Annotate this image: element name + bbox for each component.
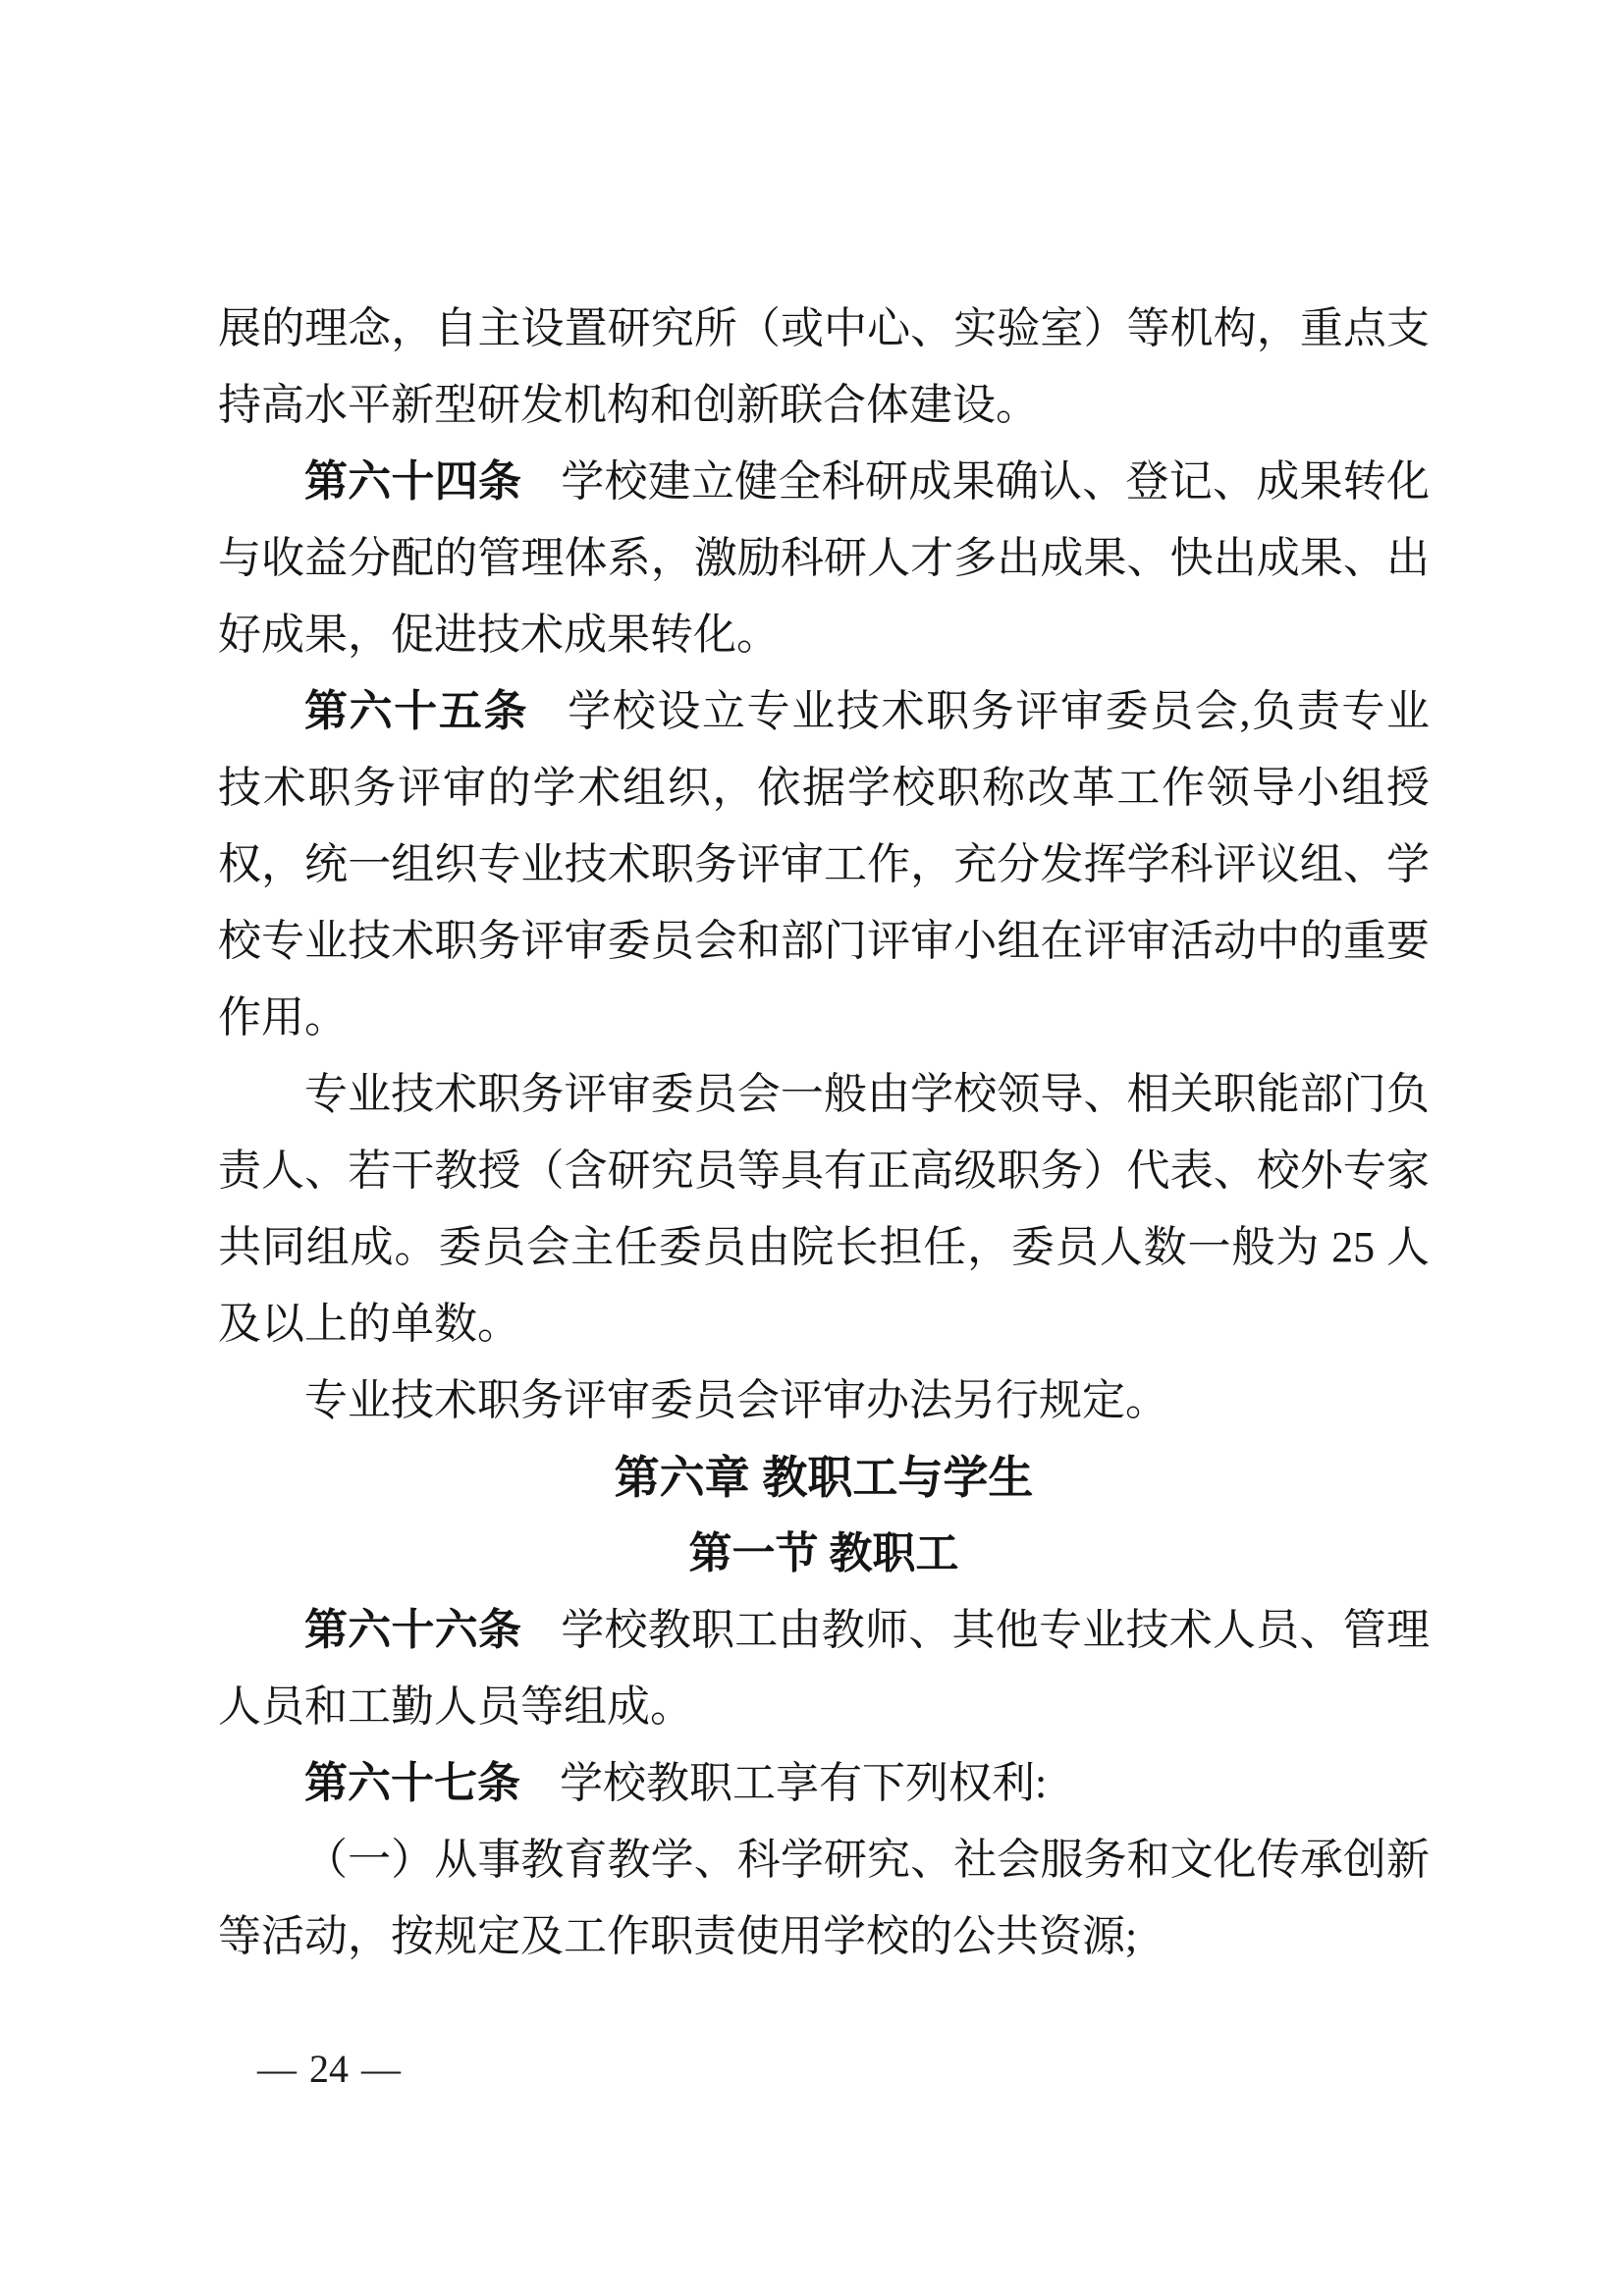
article-number-label: 第六十七条: [304, 1759, 520, 1807]
paragraph-article-67: 第六十七条学校教职工享有下列权利:: [218, 1745, 1430, 1822]
paragraph-article-64: 第六十四条学校建立健全科研成果确认、登记、成果转化与收益分配的管理体系，激励科研…: [218, 444, 1430, 673]
page-content: 展的理念，自主设置研究所（或中心、实验室）等机构，重点支持高水平新型研发机构和创…: [218, 291, 1430, 1975]
paragraph-committee-composition: 专业技术职务评审委员会一般由学校领导、相关职能部门负责人、若干教授（含研究员等具…: [218, 1056, 1430, 1362]
chapter-heading: 第六章 教职工与学生: [218, 1439, 1430, 1516]
article-number-label: 第六十六条: [304, 1606, 521, 1654]
paragraph-item-one: （一）从事教育教学、科学研究、社会服务和文化传承创新等活动，按规定及工作职责使用…: [218, 1822, 1430, 1975]
section-heading: 第一节 教职工: [218, 1516, 1430, 1592]
article-number-label: 第六十五条: [304, 687, 528, 735]
paragraph-review-measures: 专业技术职务评审委员会评审办法另行规定。: [218, 1362, 1430, 1439]
page-number: 24: [309, 2048, 349, 2091]
article-text: 学校设立专业技术职务评审委员会,负责专业技术职务评审的学术组织，依据学校职称改革…: [218, 687, 1430, 1041]
paragraph-article-65: 第六十五条学校设立专业技术职务评审委员会,负责专业技术职务评审的学术组织，依据学…: [218, 673, 1430, 1056]
article-number-label: 第六十四条: [304, 457, 521, 506]
paragraph-continuation: 展的理念，自主设置研究所（或中心、实验室）等机构，重点支持高水平新型研发机构和创…: [218, 291, 1430, 444]
paragraph-article-66: 第六十六条学校教职工由教师、其他专业技术人员、管理人员和工勤人员等组成。: [218, 1592, 1430, 1745]
footer-dash-left: —: [257, 2048, 297, 2091]
document-page: 展的理念，自主设置研究所（或中心、实验室）等机构，重点支持高水平新型研发机构和创…: [0, 0, 1624, 2296]
footer-dash-right: —: [361, 2048, 401, 2091]
page-footer: — 24 —: [257, 2048, 401, 2091]
article-text: 学校教职工享有下列权利:: [560, 1759, 1047, 1807]
